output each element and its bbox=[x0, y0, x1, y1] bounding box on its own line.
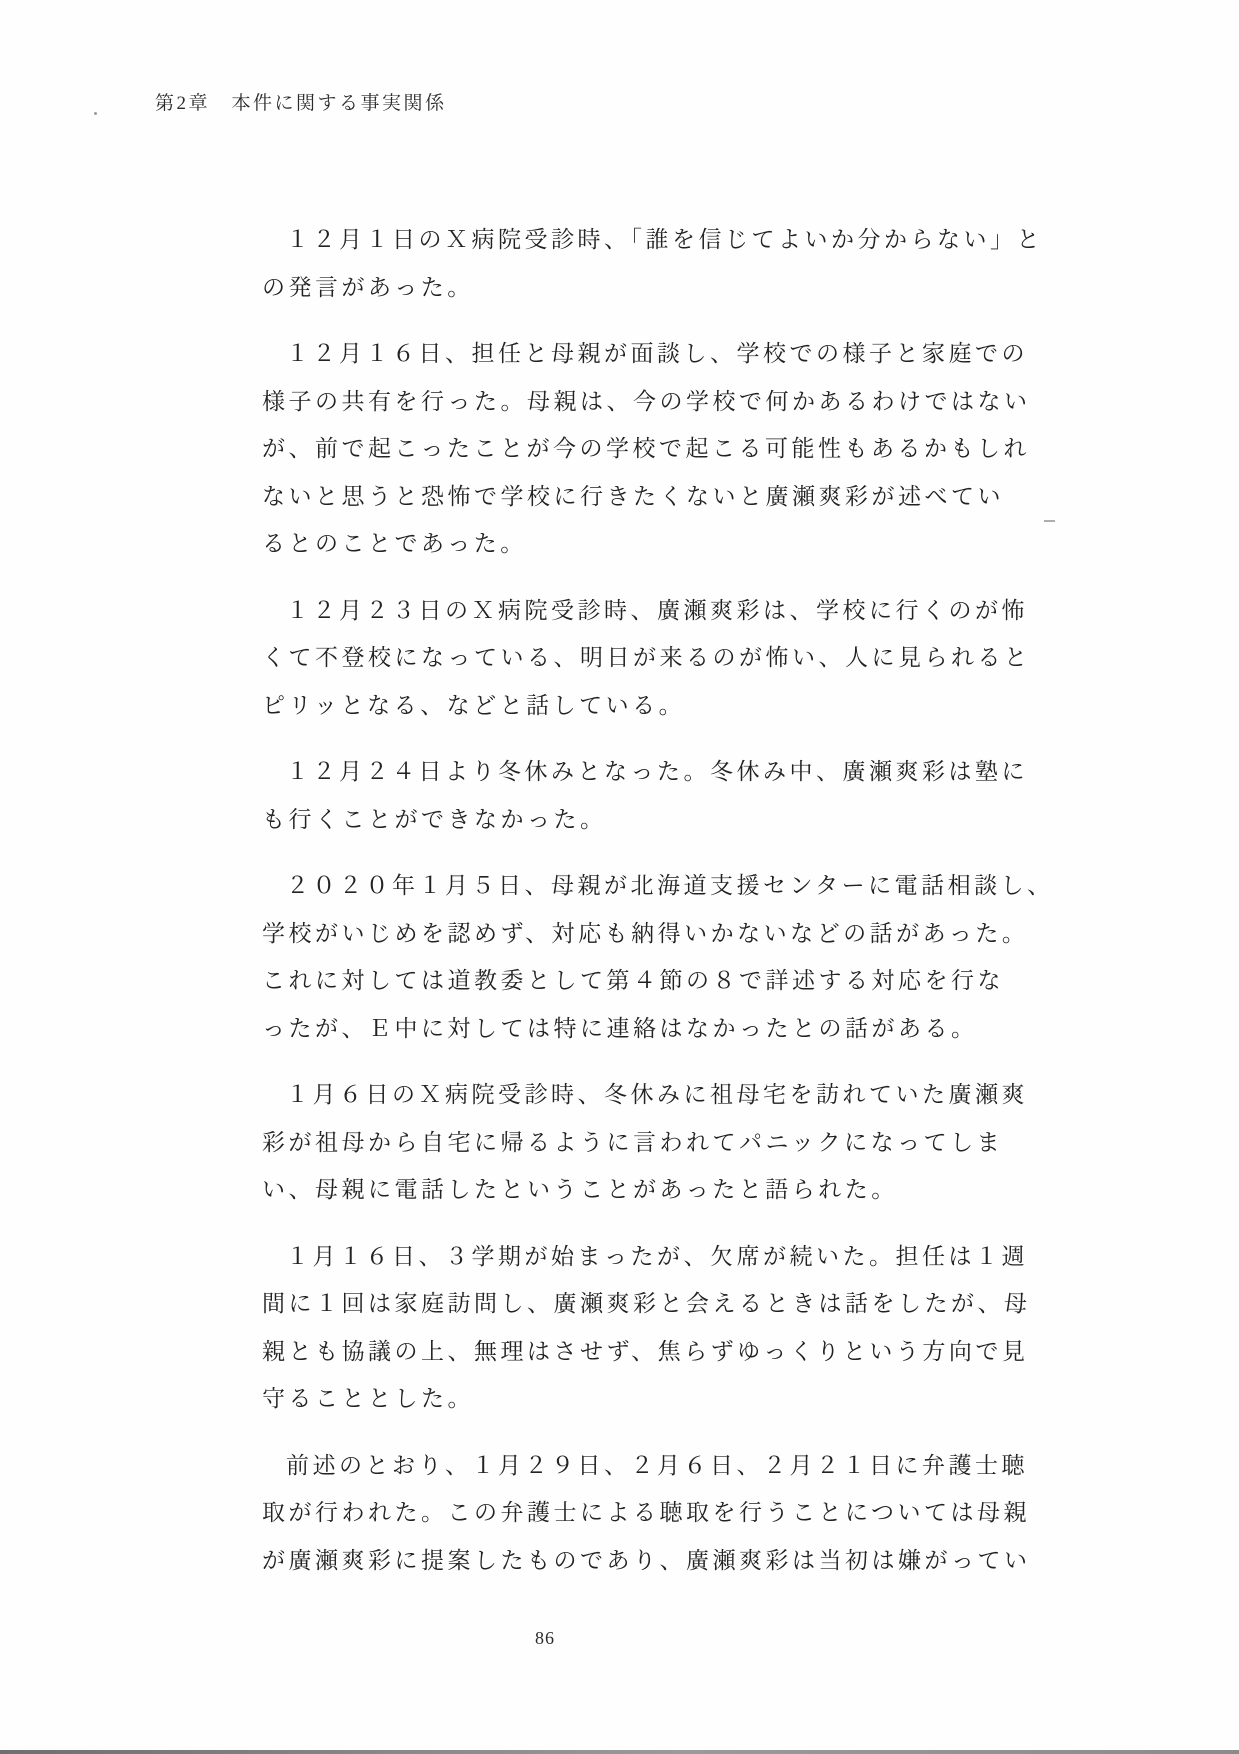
text-line: 間に１回は家庭訪問し、廣瀬爽彩と会えるときは話をしたが、母 bbox=[262, 1280, 1092, 1328]
paragraph: １２月１日のＸ病院受診時、「誰を信じてよいか分からない」と の発言があった。 bbox=[262, 216, 1092, 311]
paragraph: １２月２３日のＸ病院受診時、廣瀬爽彩は、学校に行くのが怖 くて不登校になっている… bbox=[262, 587, 1092, 730]
text-line: も行くことができなかった。 bbox=[262, 796, 1092, 844]
text-line: ２０２０年１月５日、母親が北海道支援センターに電話相談し、 bbox=[262, 862, 1092, 910]
document-body: １２月１日のＸ病院受診時、「誰を信じてよいか分からない」と の発言があった。 １… bbox=[262, 216, 1092, 1603]
text-line: 前述のとおり、１月２９日、２月６日、２月２１日に弁護士聴 bbox=[262, 1442, 1092, 1490]
paragraph: 前述のとおり、１月２９日、２月６日、２月２１日に弁護士聴 取が行われた。この弁護… bbox=[262, 1442, 1092, 1585]
chapter-header: 第2章 本件に関する事実関係 bbox=[155, 88, 447, 115]
text-line: １２月１６日、担任と母親が面談し、学校での様子と家庭での bbox=[262, 330, 1092, 378]
text-line: 親とも協議の上、無理はさせず、焦らずゆっくりという方向で見 bbox=[262, 1328, 1092, 1376]
text-line: 学校がいじめを認めず、対応も納得いかないなどの話があった。 bbox=[262, 910, 1092, 958]
text-line: くて不登校になっている、明日が来るのが怖い、人に見られると bbox=[262, 634, 1092, 682]
paragraph: ２０２０年１月５日、母親が北海道支援センターに電話相談し、 学校がいじめを認めず… bbox=[262, 862, 1092, 1052]
text-line: これに対しては道教委として第４節の８で詳述する対応を行な bbox=[262, 957, 1092, 1005]
paragraph: １月６日のＸ病院受診時、冬休みに祖母宅を訪れていた廣瀬爽 彩が祖母から自宅に帰る… bbox=[262, 1071, 1092, 1214]
scan-artifact-dot bbox=[94, 112, 97, 115]
paragraph: １２月１６日、担任と母親が面談し、学校での様子と家庭での 様子の共有を行った。母… bbox=[262, 330, 1092, 568]
text-line: が廣瀬爽彩に提案したものであり、廣瀬爽彩は当初は嫌がってい bbox=[262, 1537, 1092, 1585]
paragraph: １２月２４日より冬休みとなった。冬休み中、廣瀬爽彩は塾に も行くことができなかっ… bbox=[262, 748, 1092, 843]
text-line: が、前で起こったことが今の学校で起こる可能性もあるかもしれ bbox=[262, 425, 1092, 473]
page-number: 86 bbox=[515, 1628, 575, 1649]
text-line: い、母親に電話したということがあったと語られた。 bbox=[262, 1166, 1092, 1214]
text-line: ないと思うと恐怖で学校に行きたくないと廣瀬爽彩が述べてい bbox=[262, 473, 1092, 521]
text-line: １２月１日のＸ病院受診時、「誰を信じてよいか分からない」と bbox=[262, 216, 1092, 264]
text-line: １月１６日、３学期が始まったが、欠席が続いた。担任は１週 bbox=[262, 1233, 1092, 1281]
text-line: 取が行われた。この弁護士による聴取を行うことについては母親 bbox=[262, 1489, 1092, 1537]
scanned-document-page: 第2章 本件に関する事実関係 １２月１日のＸ病院受診時、「誰を信じてよいか分から… bbox=[0, 0, 1239, 1754]
text-line: 守ることとした。 bbox=[262, 1375, 1092, 1423]
text-line: ピリッとなる、などと話している。 bbox=[262, 682, 1092, 730]
text-line: 様子の共有を行った。母親は、今の学校で何かあるわけではない bbox=[262, 378, 1092, 426]
text-line: ったが、Ｅ中に対しては特に連絡はなかったとの話がある。 bbox=[262, 1005, 1092, 1053]
text-line: るとのことであった。 bbox=[262, 520, 1092, 568]
text-line: １２月２４日より冬休みとなった。冬休み中、廣瀬爽彩は塾に bbox=[262, 748, 1092, 796]
text-line: １２月２３日のＸ病院受診時、廣瀬爽彩は、学校に行くのが怖 bbox=[262, 587, 1092, 635]
text-line: １月６日のＸ病院受診時、冬休みに祖母宅を訪れていた廣瀬爽 bbox=[262, 1071, 1092, 1119]
text-line: の発言があった。 bbox=[262, 264, 1092, 312]
paragraph: １月１６日、３学期が始まったが、欠席が続いた。担任は１週 間に１回は家庭訪問し、… bbox=[262, 1233, 1092, 1423]
scan-edge bbox=[0, 1750, 1239, 1754]
text-line: 彩が祖母から自宅に帰るように言われてパニックになってしま bbox=[262, 1119, 1092, 1167]
